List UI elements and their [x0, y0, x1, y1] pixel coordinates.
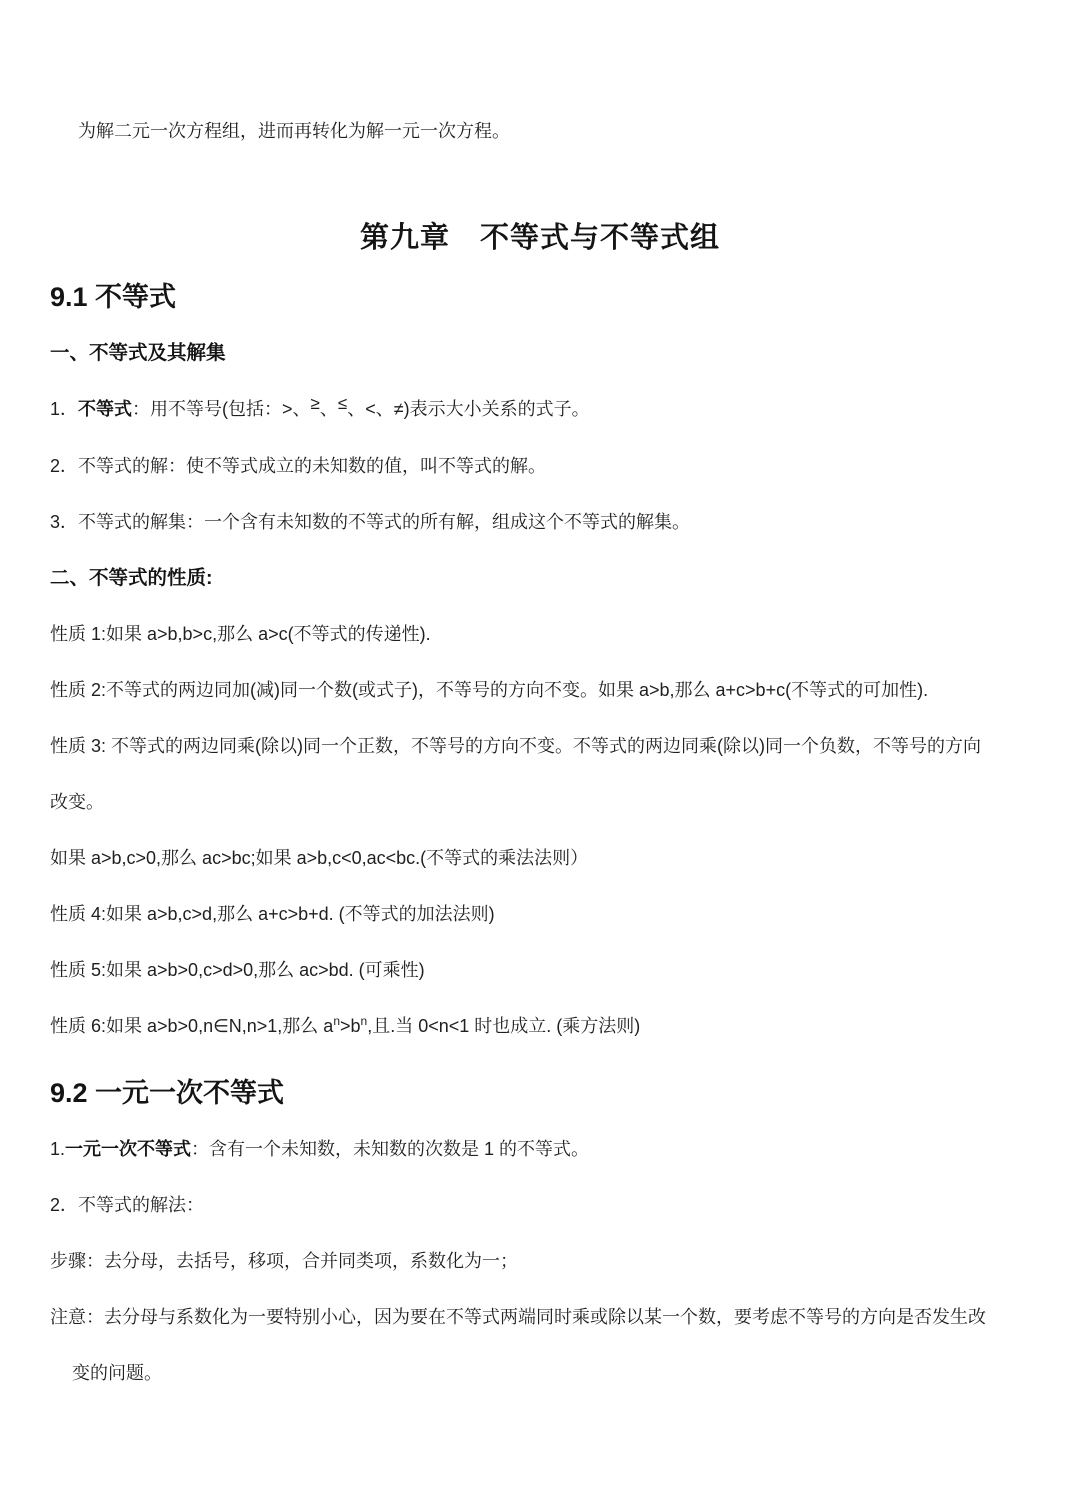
subsection-2-heading: 二、不等式的性质: [50, 550, 1030, 606]
definition-inequality: 1．不等式：用不等号(包括：>、≥、≤、<、≠)表示大小关系的式子。 [50, 381, 1030, 438]
term-linear-inequality: 一元一次不等式 [65, 1139, 191, 1159]
document-body: 为解二元一次方程组，进而再转化为解一元一次方程。 第九章 不等式与不等式组 9.… [0, 103, 1080, 1401]
item-number: 1. [50, 1139, 65, 1159]
symbol-separator: 、 [320, 399, 338, 419]
property-6-mid: >b [340, 1016, 361, 1036]
ge-symbol: ≥ [311, 376, 320, 432]
definition-solution-set: 3．不等式的解集：一个含有未知数的不等式的所有解，组成这个不等式的解集。 [50, 494, 1030, 550]
exponent-n-2: n [361, 993, 368, 1049]
solving-method-label: 2．不等式的解法： [50, 1177, 1030, 1233]
property-3-line-2: 改变。 [50, 774, 1030, 830]
section-9-2-heading: 9.2 一元一次不等式 [50, 1065, 1030, 1121]
property-4: 性质 4:如果 a>b,c>d,那么 a+c>b+d. (不等式的加法法则) [50, 886, 1030, 942]
note-line-2: 变的问题。 [50, 1345, 1030, 1401]
le-symbol: ≤ [338, 376, 347, 432]
section-9-1-heading: 9.1 不等式 [50, 269, 1030, 325]
subsection-1-heading: 一、不等式及其解集 [50, 325, 1030, 381]
definition-text-tail: 、<、≠)表示大小关系的式子。 [347, 399, 589, 419]
property-6-tail: ,且.当 0<n<1 时也成立. (乘方法则) [367, 1016, 640, 1036]
property-5: 性质 5:如果 a>b>0,c>d>0,那么 ac>bd. (可乘性) [50, 942, 1030, 998]
property-6-text: 性质 6:如果 a>b>0,n∈N,n>1,那么 a [50, 1016, 333, 1036]
item-number: 1． [50, 399, 78, 419]
note-line-1: 注意：去分母与系数化为一要特别小心，因为要在不等式两端同时乘或除以某一个数，要考… [50, 1289, 1030, 1345]
property-6: 性质 6:如果 a>b>0,n∈N,n>1,那么 an>bn,且.当 0<n<1… [50, 998, 1030, 1056]
term-inequality: 不等式 [78, 399, 132, 419]
document-page: 为解二元一次方程组，进而再转化为解一元一次方程。 第九章 不等式与不等式组 9.… [0, 0, 1080, 1492]
definition-text: ：用不等号(包括：>、 [132, 399, 311, 419]
definition-text: ：含有一个未知数，未知数的次数是 1 的不等式。 [191, 1139, 589, 1159]
chapter-title: 第九章 不等式与不等式组 [50, 210, 1030, 266]
definition-solution: 2．不等式的解：使不等式成立的未知数的值，叫不等式的解。 [50, 438, 1030, 494]
property-1: 性质 1:如果 a>b,b>c,那么 a>c(不等式的传递性). [50, 606, 1030, 662]
exponent-n-1: n [333, 993, 340, 1049]
multiplication-rule: 如果 a>b,c>0,那么 ac>bc;如果 a>b,c<0,ac<bc.(不等… [50, 830, 1030, 886]
intro-line: 为解二元一次方程组，进而再转化为解一元一次方程。 [50, 103, 1030, 159]
property-3-line-1: 性质 3: 不等式的两边同乘(除以)同一个正数，不等号的方向不变。不等式的两边同… [50, 718, 1030, 774]
solving-steps: 步骤：去分母，去括号，移项，合并同类项，系数化为一； [50, 1233, 1030, 1289]
definition-linear-inequality: 1.一元一次不等式：含有一个未知数，未知数的次数是 1 的不等式。 [50, 1121, 1030, 1177]
property-2: 性质 2:不等式的两边同加(减)同一个数(或式子)，不等号的方向不变。如果 a>… [50, 662, 1030, 718]
